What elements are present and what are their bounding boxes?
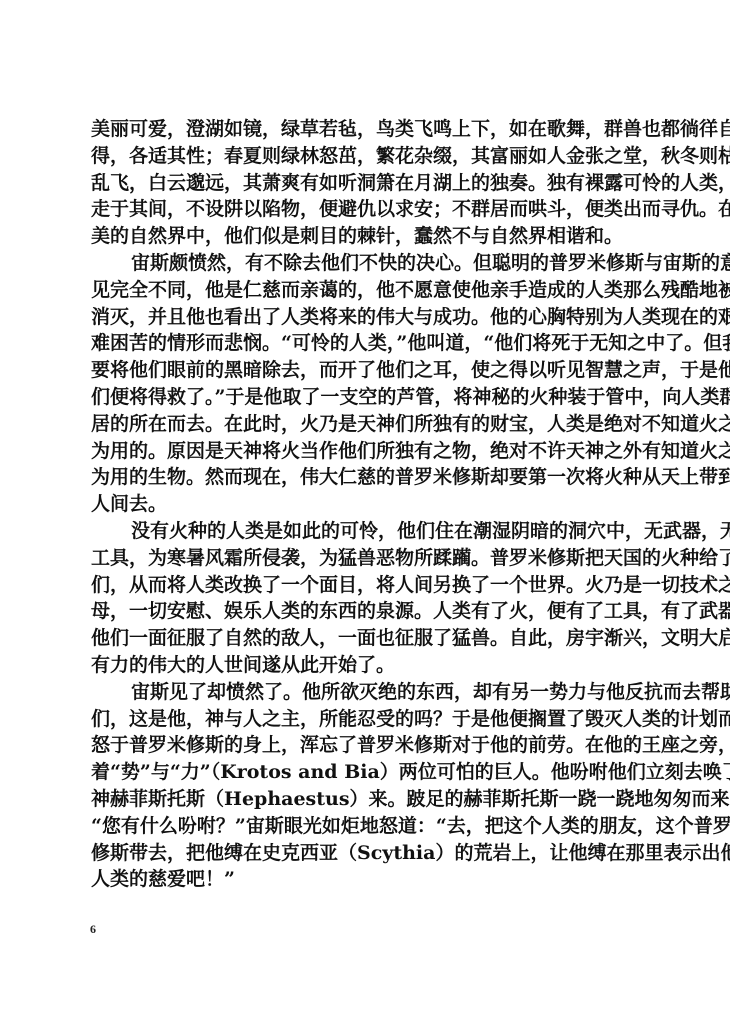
text-line: 美的自然界中，他们似是刺目的棘针，蠢然不与自然界相谐和。 (91, 223, 643, 250)
text-line: 修斯带去，把他缚在史克西亚（Scythia）的荒岩上，让他缚在那里表示出他对于 (91, 840, 643, 867)
text-line: 们便将得救了。”于是他取了一支空的芦管，将神秘的火种装于管中，向人类群 (91, 384, 643, 411)
text-line: “您有什么吩咐？”宙斯眼光如炬地怒道：“去，把这个人类的朋友，这个普罗米 (91, 813, 643, 840)
text-line: 乱飞，白云邈远，其萧爽有如听洞箫在月湖上的独奏。独有裸露可怜的人类，奔 (91, 170, 643, 197)
text-line: 们，从而将人类改换了一个面目，将人间另换了一个世界。火乃是一切技术之 (91, 572, 643, 599)
text-line: 走于其间，不设阱以陷物，便避仇以求安；不群居而哄斗，便类出而寻仇。在恬 (91, 196, 643, 223)
text-line: 怒于普罗米修斯的身上，浑忘了普罗米修斯对于他的前劳。在他的王座之旁，立 (91, 732, 643, 759)
paragraph-4: 宙斯见了却愤然了。他所欲灭绝的东西，却有另一势力与他反抗而去帮助他 们，这是他，… (91, 679, 643, 893)
text-line: 难困苦的情形而悲悯。“可怜的人类，”他叫道，“他们将死于无知之中了。但我 (91, 330, 643, 357)
text-line: 为用的生物。然而现在，伟大仁慈的普罗米修斯却要第一次将火种从天上带到 (91, 464, 643, 491)
page-number: 6 (90, 922, 96, 937)
text-line: 宙斯见了却愤然了。他所欲灭绝的东西，却有另一势力与他反抗而去帮助他 (91, 679, 643, 706)
text-line: 工具，为寒暑风霜所侵袭，为猛兽恶物所蹂躏。普罗米修斯把天国的火种给了他 (91, 545, 643, 572)
text-line: 见完全不同，他是仁慈而亲蔼的，他不愿意使他亲手造成的人类那么残酷地被 (91, 277, 643, 304)
text-line: 宙斯颇愤然，有不除去他们不快的决心。但聪明的普罗米修斯与宙斯的意 (91, 250, 643, 277)
text-line: 人间去。 (91, 491, 643, 518)
text-line: 母，一切安慰、娱乐人类的东西的泉源。人类有了火，便有了工具，有了武器。 (91, 598, 643, 625)
text-line: 神赫菲斯托斯（Hephaestus）来。跛足的赫菲斯托斯一跷一跷地匆匆而来，问道… (91, 786, 643, 813)
paragraph-2: 宙斯颇愤然，有不除去他们不快的决心。但聪明的普罗米修斯与宙斯的意 见完全不同，他… (91, 250, 643, 518)
text-line: 有力的伟大的人世间遂从此开始了。 (91, 652, 643, 679)
text-line: 们，这是他，神与人之主，所能忍受的吗？于是他便搁置了毁灭人类的计划而迁 (91, 706, 643, 733)
text-line: 没有火种的人类是如此的可怜，他们住在潮湿阴暗的洞穴中，无武器，无 (91, 518, 643, 545)
text-line: 消灭，并且他也看出了人类将来的伟大与成功。他的心胸特别为人类现在的艰 (91, 304, 643, 331)
text-line: 人类的慈爱吧！” (91, 866, 643, 893)
body-text: 美丽可爱，澄湖如镜，绿草若毡，鸟类飞鸣上下，如在歌舞，群兽也都徜徉自 得，各适其… (91, 116, 643, 893)
text-line: 美丽可爱，澄湖如镜，绿草若毡，鸟类飞鸣上下，如在歌舞，群兽也都徜徉自 (91, 116, 643, 143)
paragraph-1: 美丽可爱，澄湖如镜，绿草若毡，鸟类飞鸣上下，如在歌舞，群兽也都徜徉自 得，各适其… (91, 116, 643, 250)
text-line: 他们一面征服了自然的敌人，一面也征服了猛兽。自此，房宇渐兴，文明大启， (91, 625, 643, 652)
text-line: 得，各适其性；春夏则绿林怒茁，繁花杂缀，其富丽如人金张之堂，秋冬则枯叶 (91, 143, 643, 170)
text-line: 着“势”与“力”（Krotos and Bia）两位可怕的巨人。他吩咐他们立刻去… (91, 759, 643, 786)
text-line: 要将他们眼前的黑暗除去，而开了他们之耳，使之得以听见智慧之声，于是他 (91, 357, 643, 384)
paragraph-3: 没有火种的人类是如此的可怜，他们住在潮湿阴暗的洞穴中，无武器，无 工具，为寒暑风… (91, 518, 643, 679)
text-line: 居的所在而去。在此时，火乃是天神们所独有的财宝，人类是绝对不知道火之 (91, 411, 643, 438)
text-line: 为用的。原因是天神将火当作他们所独有之物，绝对不许天神之外有知道火之 (91, 438, 643, 465)
document-page: 美丽可爱，澄湖如镜，绿草若毡，鸟类飞鸣上下，如在歌舞，群兽也都徜徉自 得，各适其… (0, 0, 730, 1025)
